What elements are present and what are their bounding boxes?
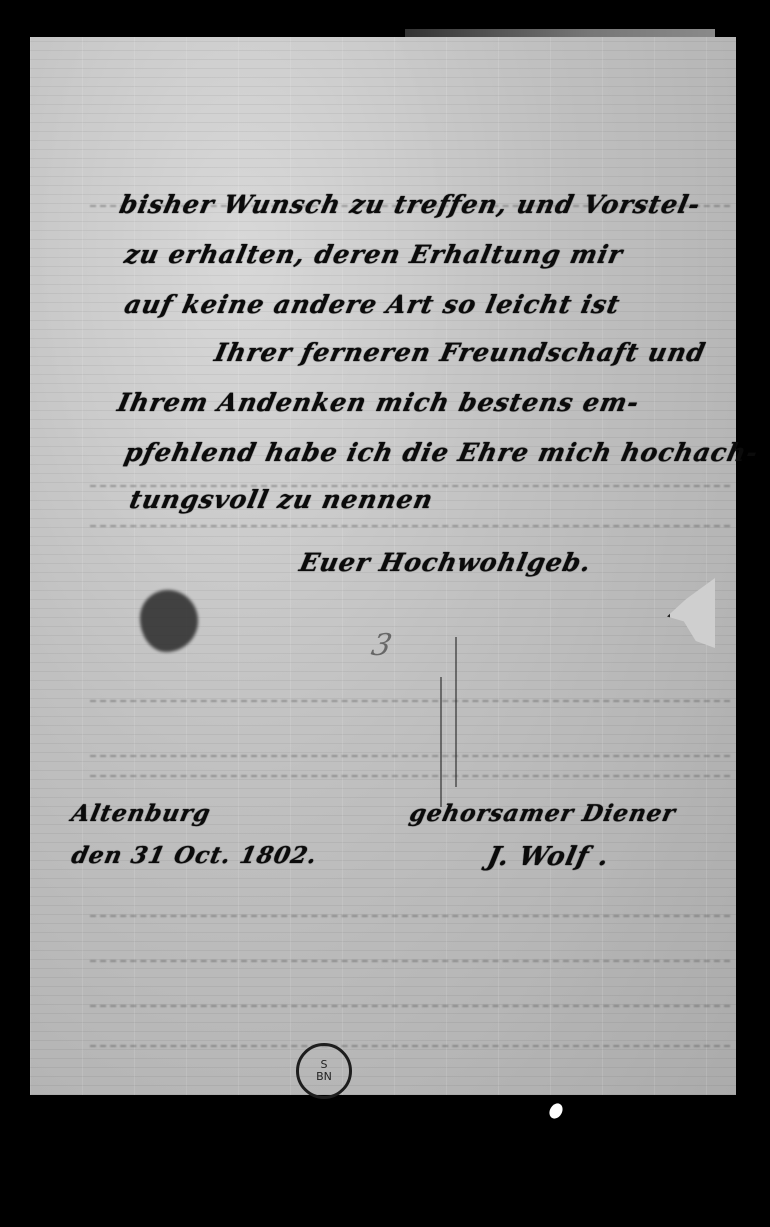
pencil-mark: [440, 677, 442, 807]
letter-line-4: Ihrer ferneren Freundschaft und: [212, 338, 709, 367]
signature-name: J. Wolf .: [485, 842, 612, 872]
bleed-through-text: [90, 942, 730, 962]
date: den 31 Oct. 1802.: [69, 842, 320, 869]
place: Altenburg: [69, 800, 213, 827]
bleed-through-text: [90, 897, 730, 917]
bleed-through-text: [90, 757, 730, 777]
closing-salutation: Euer Hochwohlgeb.: [297, 548, 594, 577]
bleed-through-text: [90, 682, 730, 702]
letter-line-6: pfehlend habe ich die Ehre mich hochach-: [122, 438, 761, 467]
signature-complimentary: gehorsamer Diener: [407, 800, 678, 827]
bleed-through-text: [90, 467, 730, 487]
pencil-mark: [455, 637, 457, 787]
letter-line-7: tungsvoll zu nennen: [127, 485, 436, 514]
stamp-line-2: BN: [316, 1071, 332, 1083]
letter-line-5: Ihrem Andenken mich bestens em-: [115, 388, 642, 417]
letter-line-2: zu erhalten, deren Erhaltung mir: [122, 240, 626, 269]
letter-line-3: auf keine andere Art so leicht ist: [122, 290, 623, 319]
bleed-through-text: [90, 987, 730, 1007]
folded-page-edge: [405, 29, 715, 37]
library-stamp: S BN: [296, 1043, 352, 1099]
paper-hole: [547, 1101, 565, 1121]
bleed-through-text: [90, 1027, 730, 1047]
letter-line-1: bisher Wunsch zu treffen, und Vorstel-: [117, 190, 703, 219]
bleed-through-text: [90, 737, 730, 757]
